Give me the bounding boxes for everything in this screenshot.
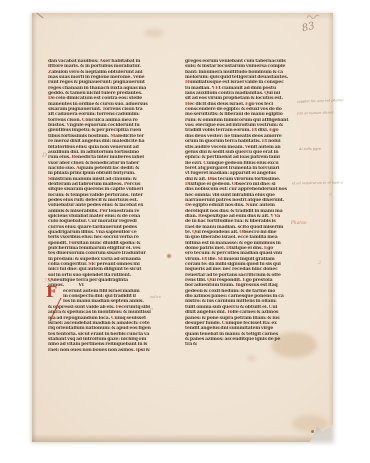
margin-note-line: et ad sepulturam in di kusi a — [292, 181, 332, 186]
initial-flourish-icon — [49, 297, 63, 323]
margin-note-line: vi — [150, 308, 172, 312]
margin-note-lower: et ad sepulturam in di kusi a C — [292, 174, 333, 206]
text-column-right: greges eorum veniebant cum tabernaculiss… — [185, 59, 290, 353]
margin-note-line: C — [292, 193, 332, 198]
margin-number-mark: 73 — [44, 280, 51, 284]
drop-cap-initial: F — [46, 285, 62, 305]
text-line: & panes azimos: ascenditque ignis de pe — [185, 337, 290, 342]
pen-squiggle-icon — [306, 13, 320, 21]
margin-letter-mark: D — [42, 154, 47, 158]
margin-note-middle: Ai solis pgre — [299, 148, 329, 152]
text-line: rael: non oues non boues non asinos. Ips… — [48, 348, 169, 353]
margin-note-chapter: iudicu vi — [150, 288, 172, 319]
margin-note-upper: supplet hic ano vel pharao filii demonum… — [296, 91, 333, 123]
margin-faint-mark: 2 — [318, 262, 321, 266]
photo-background: dan vacabat nauibus: Aser habitabat inli… — [0, 0, 370, 463]
margin-note-line: iudicu — [150, 296, 172, 300]
margin-note-pharao: Pharao — [291, 221, 307, 225]
margin-note-line: filii demonum dicunt — [297, 111, 333, 116]
stain — [292, 415, 328, 432]
rubricated-text: ¶ E — [212, 86, 219, 91]
stain — [248, 356, 255, 360]
text-line — [185, 348, 290, 353]
stain — [144, 29, 164, 37]
margin-note-line: supplet hic ano vel pharao — [297, 99, 333, 104]
